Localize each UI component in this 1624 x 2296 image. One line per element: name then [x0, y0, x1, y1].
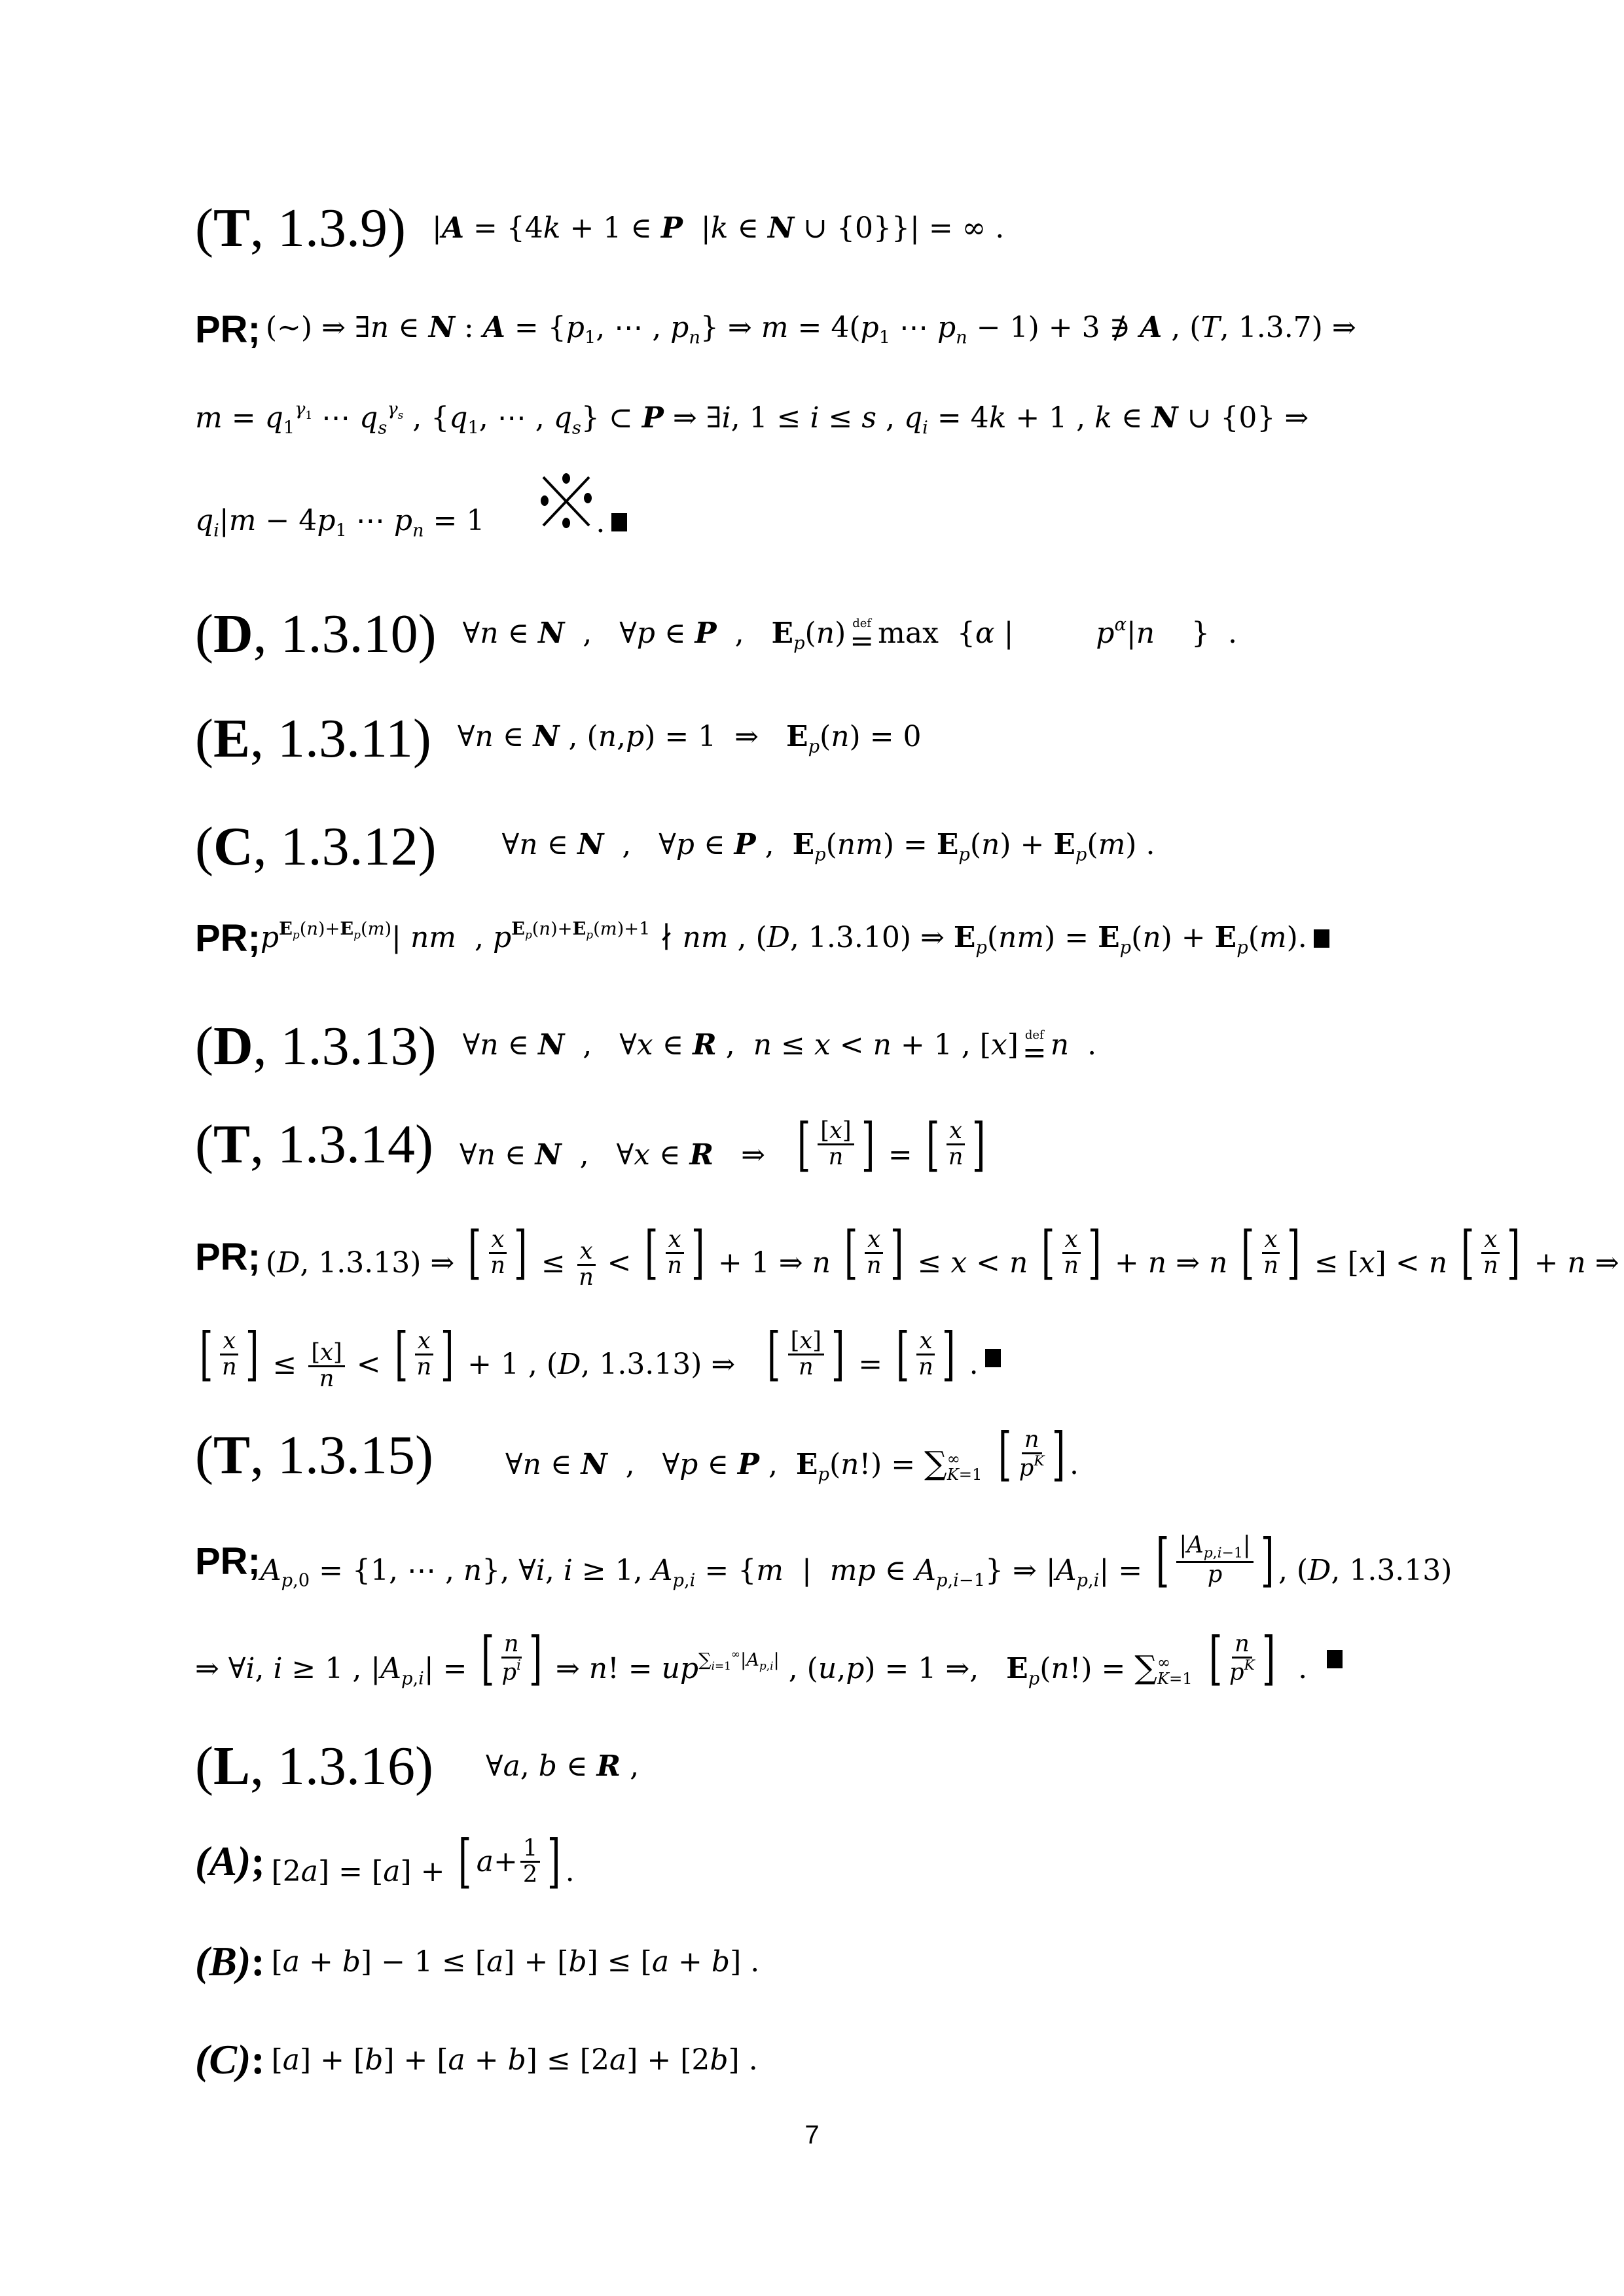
qed-icon [1314, 929, 1329, 948]
part-c-text: [a] + [b] + [a + b] ≤ [2a] + [2b] . [272, 2043, 758, 2077]
proof-prefix: PR; [195, 1235, 261, 1279]
part-b-text: [a + b] − 1 ≤ [a] + [b] ≤ [a + b] . [272, 1945, 760, 1979]
part-label-a: (A); [195, 1837, 265, 1886]
proof-text: Ap,0 = {1, ⋯ , n}, ∀i, i ≥ 1, Ap,i = {m … [261, 1532, 1453, 1591]
proof-text: qi|m − 4p1 ⋯ pn = 1 [195, 504, 484, 541]
proof-t-1-3-14-line-2: [xn] ≤ [x]n < [xn] + 1 , (D, 1.3.13) ⇒ [… [195, 1325, 1001, 1391]
qed-icon [611, 513, 627, 531]
proof-prefix: PR; [195, 308, 261, 351]
proof-text: (D, 1.3.13) ⇒ [xn] ≤ xn < [xn] + 1 ⇒ n [… [266, 1224, 1619, 1290]
label-e-1-3-11: (E, 1.3.11) [195, 707, 431, 770]
corollary-1-3-12: (C, 1.3.12) ∀n ∈ N , ∀p ∈ P , Ep(nm) = E… [195, 815, 1155, 878]
theorem-1-3-9: (T, 1.3.9) |A = {4k + 1 ∈ P |k ∈ N ∪ {0}… [195, 196, 1004, 260]
definition-1-3-10: (D, 1.3.10) ∀n ∈ N , ∀p ∈ P , Ep(n)def=m… [195, 602, 1237, 666]
contradiction-icon [537, 472, 596, 534]
lemma-part-a: (A); [2a] = [a] + [a + 12]. [195, 1833, 575, 1890]
proof-t-1-3-15-line-2: ⇒ ∀i, i ≥ 1 , |Ap,i| = [npi] ⇒ n! = up∑i… [195, 1630, 1343, 1689]
proof-t-1-3-9-line-3: qi|m − 4p1 ⋯ pn = 1 . [195, 504, 627, 541]
statement-t-1-3-15: ∀n ∈ N , ∀p ∈ P , Ep(n!) = ∑∞K=1 [npK]. [505, 1426, 1079, 1485]
lemma-part-c: (C): [a] + [b] + [a + b] ≤ [2a] + [2b] . [195, 2036, 758, 2084]
page-number: 7 [0, 2121, 1624, 2150]
proof-text: m = q1γ1 ⋯ qsγs , {q1, ⋯ , qs} ⊂ P ⇒ ∃i,… [195, 399, 1308, 439]
definition-1-3-13: (D, 1.3.13) ∀n ∈ N , ∀x ∈ R , n ≤ x < n … [195, 1014, 1096, 1078]
proof-t-1-3-15-line-1: PR; Ap,0 = {1, ⋯ , n}, ∀i, i ≥ 1, Ap,i =… [195, 1532, 1452, 1591]
statement-d-1-3-10: ∀n ∈ N , ∀p ∈ P , Ep(n)def=max {α | pα|n… [463, 615, 1237, 654]
theorem-1-3-14: (T, 1.3.14) ∀n ∈ N , ∀x ∈ R ⇒ [[x]n] = [… [195, 1113, 990, 1176]
statement-l-1-3-16: ∀a, b ∈ R , [486, 1749, 639, 1783]
proof-c-1-3-12: PR; pEp(n)+Ep(m)| nm , pEp(n)+Ep(m)+1 ∤ … [195, 916, 1329, 960]
proof-t-1-3-14-line-1: PR; (D, 1.3.13) ⇒ [xn] ≤ xn < [xn] + 1 ⇒… [195, 1224, 1619, 1290]
part-label-c: (C): [195, 2036, 265, 2084]
proof-text: [xn] ≤ [x]n < [xn] + 1 , (D, 1.3.13) ⇒ [… [195, 1325, 979, 1391]
example-1-3-11: (E, 1.3.11) ∀n ∈ N , (n,p) = 1 ⇒ Ep(n) =… [195, 707, 922, 770]
label-t-1-3-15: (T, 1.3.15) [195, 1424, 433, 1487]
proof-t-1-3-9-line-1: PR; (∼) ⇒ ∃n ∈ N : A = {p1, ⋯ , pn} ⇒ m … [195, 308, 1356, 351]
proof-text: pEp(n)+Ep(m)| nm , pEp(n)+Ep(m)+1 ∤ nm ,… [261, 918, 1307, 958]
lemma-part-b: (B): [a + b] − 1 ≤ [a] + [b] ≤ [a + b] . [195, 1937, 759, 1986]
proof-prefix: PR; [195, 1539, 261, 1583]
statement-t-1-3-14: ∀n ∈ N , ∀x ∈ R ⇒ [[x]n] = [xn] [460, 1116, 990, 1174]
label-t-1-3-14: (T, 1.3.14) [195, 1113, 433, 1176]
part-label-b: (B): [195, 1937, 265, 1986]
qed-icon [985, 1349, 1001, 1367]
proof-prefix: PR; [195, 916, 261, 960]
label-t-1-3-9: (T, 1.3.9) [195, 196, 406, 260]
proof-text: (∼) ⇒ ∃n ∈ N : A = {p1, ⋯ , pn} ⇒ m = 4(… [266, 311, 1356, 348]
period: . [596, 506, 605, 539]
statement-t-1-3-9: |A = {4k + 1 ∈ P |k ∈ N ∪ {0}}| = ∞ . [432, 211, 1004, 245]
label-c-1-3-12: (C, 1.3.12) [195, 815, 437, 878]
statement-c-1-3-12: ∀n ∈ N , ∀p ∈ P , Ep(nm) = Ep(n) + Ep(m)… [502, 828, 1155, 865]
proof-t-1-3-9-line-2: m = q1γ1 ⋯ qsγs , {q1, ⋯ , qs} ⊂ P ⇒ ∃i,… [195, 399, 1308, 439]
label-d-1-3-13: (D, 1.3.13) [195, 1014, 437, 1078]
qed-icon [1327, 1650, 1343, 1668]
label-l-1-3-16: (L, 1.3.16) [195, 1734, 433, 1798]
label-d-1-3-10: (D, 1.3.10) [195, 602, 437, 666]
lemma-1-3-16: (L, 1.3.16) ∀a, b ∈ R , [195, 1734, 639, 1798]
part-a-text: [2a] = [a] + [a + 12]. [272, 1833, 575, 1890]
statement-d-1-3-13: ∀n ∈ N , ∀x ∈ R , n ≤ x < n + 1 , [x]def… [463, 1028, 1096, 1064]
statement-e-1-3-11: ∀n ∈ N , (n,p) = 1 ⇒ Ep(n) = 0 [458, 720, 922, 757]
proof-text: ⇒ ∀i, i ≥ 1 , |Ap,i| = [npi] ⇒ n! = up∑i… [195, 1630, 1307, 1689]
theorem-1-3-15: (T, 1.3.15) ∀n ∈ N , ∀p ∈ P , Ep(n!) = ∑… [195, 1424, 1079, 1487]
